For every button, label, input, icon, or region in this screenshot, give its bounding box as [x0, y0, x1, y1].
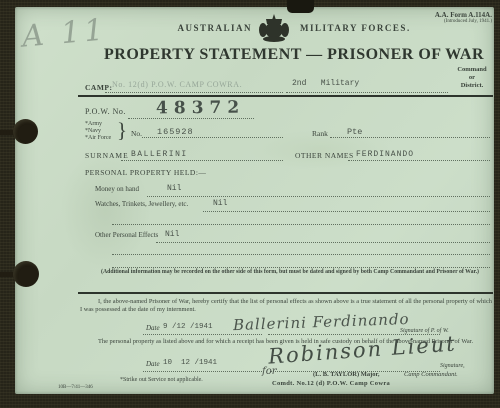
- form-number-note: (Introduced July, 1941.): [398, 19, 492, 24]
- service-army-label: *Army: [85, 121, 102, 127]
- pow-date-line: [143, 334, 262, 335]
- property-item-value: Nil: [213, 199, 227, 208]
- section-rule: [78, 292, 493, 294]
- form-number: A.A. Form A.114A.: [398, 11, 492, 19]
- pow-date-value: 9 /12 /1941: [163, 323, 213, 331]
- org-name-left: AUSTRALIAN: [162, 23, 252, 33]
- camp-date-line: [143, 371, 262, 372]
- strike-out-note: *Strike out Service not applicable.: [120, 377, 203, 383]
- signature-for-note: for: [262, 366, 277, 377]
- rank-label: Rank: [312, 129, 328, 138]
- district-label-line2: or: [450, 74, 494, 82]
- camp-field-line: [105, 92, 283, 93]
- coat-of-arms-icon: [257, 11, 291, 50]
- property-item-label: Other Personal Effects: [95, 231, 158, 239]
- service-airforce-label: *Air Force: [85, 135, 111, 141]
- other-names-value: FERDINANDO: [356, 150, 414, 159]
- district-typed-value: 2nd Military: [292, 79, 359, 88]
- pow-no-stamp-value: 48372: [156, 98, 245, 119]
- surname-field-line: [121, 160, 283, 161]
- print-code: 10B—7/41—346: [58, 385, 93, 390]
- camp-signature-label: Signature,: [440, 363, 465, 369]
- service-navy-label: *Navy: [85, 128, 101, 134]
- binder-fastener: [13, 261, 39, 287]
- commandant-stamp: Comdt. No.12 (d) P.O.W. Camp Cowra: [272, 380, 390, 387]
- property-item-label: Watches, Trinkets, Jewellery, etc.: [95, 200, 188, 208]
- service-brace: }: [117, 118, 127, 143]
- binder-tab: [287, 0, 314, 13]
- district-label-line1: Command: [450, 66, 494, 74]
- pow-no-label: P.O.W. No.: [85, 107, 126, 116]
- camp-stamp-value: No. 12(d) P.O.W. CAMP COWRA.: [112, 80, 242, 89]
- section-rule: [78, 95, 493, 97]
- scanned-document-page: A 11 AUSTRALIAN MILITARY FORCES. A.A. Fo…: [0, 0, 500, 408]
- pow-date-label: Date: [146, 324, 160, 332]
- property-item-line: [147, 196, 490, 197]
- blank-field-line: [112, 267, 490, 268]
- district-field-line: [286, 92, 448, 93]
- district-label: Command or District.: [450, 66, 494, 90]
- officer-name: (L. B. TAYLOR) Major,: [313, 371, 379, 378]
- org-name-right: MILITARY FORCES.: [300, 23, 411, 33]
- camp-date-value: 10 12 /1941: [163, 359, 217, 367]
- property-heading: PERSONAL PROPERTY HELD:—: [85, 168, 206, 177]
- camp-label: CAMP:: [85, 83, 113, 92]
- additional-info-note: (Additional information may be recorded …: [95, 269, 485, 276]
- officer-title: Camp Commandant.: [404, 371, 458, 378]
- other-names-label: OTHER NAMES: [295, 151, 354, 160]
- service-no-value: 165928: [157, 127, 194, 137]
- property-item-label: Money on hand: [95, 185, 139, 193]
- pow-no-field-line: [128, 118, 254, 119]
- property-item-value: Nil: [167, 184, 181, 193]
- service-no-label: No.: [131, 129, 142, 138]
- property-item-line: [203, 211, 490, 212]
- surname-value: BALLERINI: [131, 150, 188, 159]
- blank-field-line: [112, 254, 490, 255]
- property-item-line: [156, 242, 490, 243]
- pow-certification-text: I, the above-named Prisoner of War, here…: [80, 298, 492, 313]
- camp-date-label: Date: [146, 360, 160, 368]
- service-no-field-line: [142, 137, 283, 138]
- district-label-line3: District.: [450, 82, 494, 90]
- rank-value: Pte: [347, 127, 362, 137]
- property-item-value: Nil: [165, 230, 179, 239]
- surname-label: SURNAME: [85, 151, 129, 160]
- form-title: PROPERTY STATEMENT — PRISONER OF WAR: [92, 46, 496, 64]
- other-names-field-line: [348, 160, 490, 161]
- rank-field-line: [330, 137, 490, 138]
- binder-fastener: [13, 119, 38, 144]
- blank-field-line: [112, 224, 490, 225]
